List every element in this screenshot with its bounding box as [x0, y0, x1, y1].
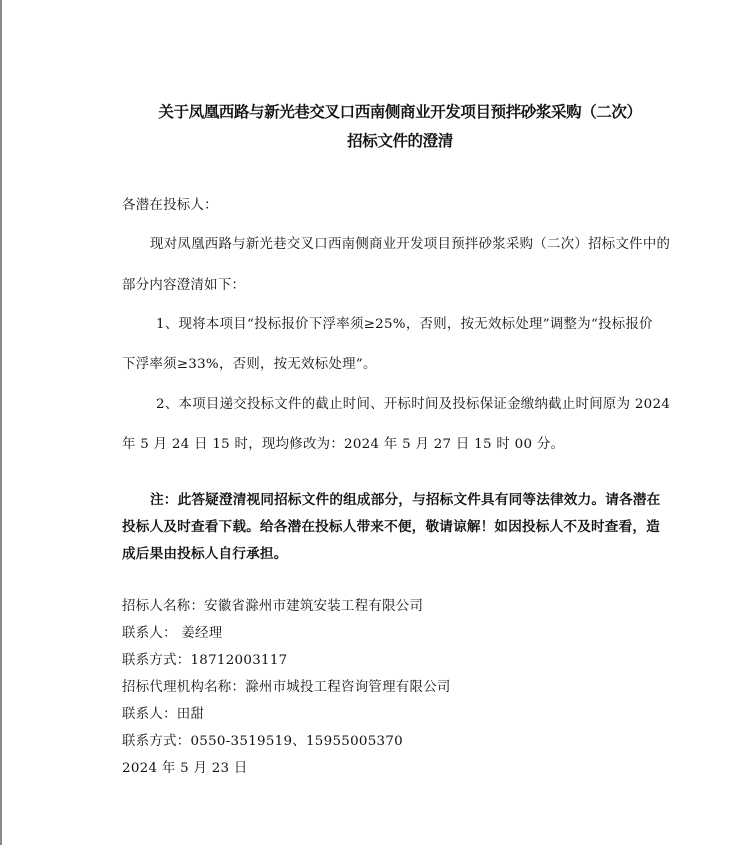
tenderer-phone: 联系方式：18712003117: [122, 652, 287, 670]
intro-line2: 部分内容澄清如下：: [122, 277, 245, 295]
document-title-line2: 招标文件的澄清: [122, 131, 678, 151]
note-line1: 注：此答疑澄清视同招标文件的组成部分，与招标文件具有同等法律效力。请各潜在: [150, 491, 660, 509]
item1-line1: 1、现将本项目“投标报价下浮率须≥25%，否则，按无效标处理”调整为“投标报价: [156, 316, 653, 334]
item2-line2: 年 5 月 24 日 15 时，现均修改为：2024 年 5 月 27 日 15…: [122, 436, 564, 454]
salutation: 各潜在投标人：: [122, 197, 218, 215]
agency-phone: 联系方式：0550-3519519、15955005370: [122, 733, 403, 751]
agency-name: 招标代理机构名称：滁州市城投工程咨询管理有限公司: [122, 679, 451, 697]
note-line3: 成后果由投标人自行承担。: [122, 545, 288, 563]
page-left-border: [0, 0, 2, 845]
tenderer-name: 招标人名称：安徽省滁州市建筑安装工程有限公司: [122, 598, 423, 616]
tenderer-contact: 联系人： 姜经理: [122, 625, 222, 643]
agency-contact: 联系人：田甜: [122, 706, 204, 724]
document-title-line1: 关于凤凰西路与新光巷交叉口西南侧商业开发项目预拌砂浆采购（二次）: [122, 102, 678, 122]
intro-line1: 现对凤凰西路与新光巷交叉口西南侧商业开发项目预拌砂浆采购（二次）招标文件中的: [150, 236, 670, 254]
item2-line1: 2、本项目递交投标文件的截止时间、开标时间及投标保证金缴纳截止时间原为 2024: [156, 396, 670, 414]
note-line2: 投标人及时查看下载。给各潜在投标人带来不便，敬请谅解！如因投标人不及时查看，造: [122, 518, 660, 536]
document-date: 2024 年 5 月 23 日: [122, 760, 248, 778]
item1-line2: 下浮率须≥33%，否则，按无效标处理”。: [122, 356, 377, 374]
